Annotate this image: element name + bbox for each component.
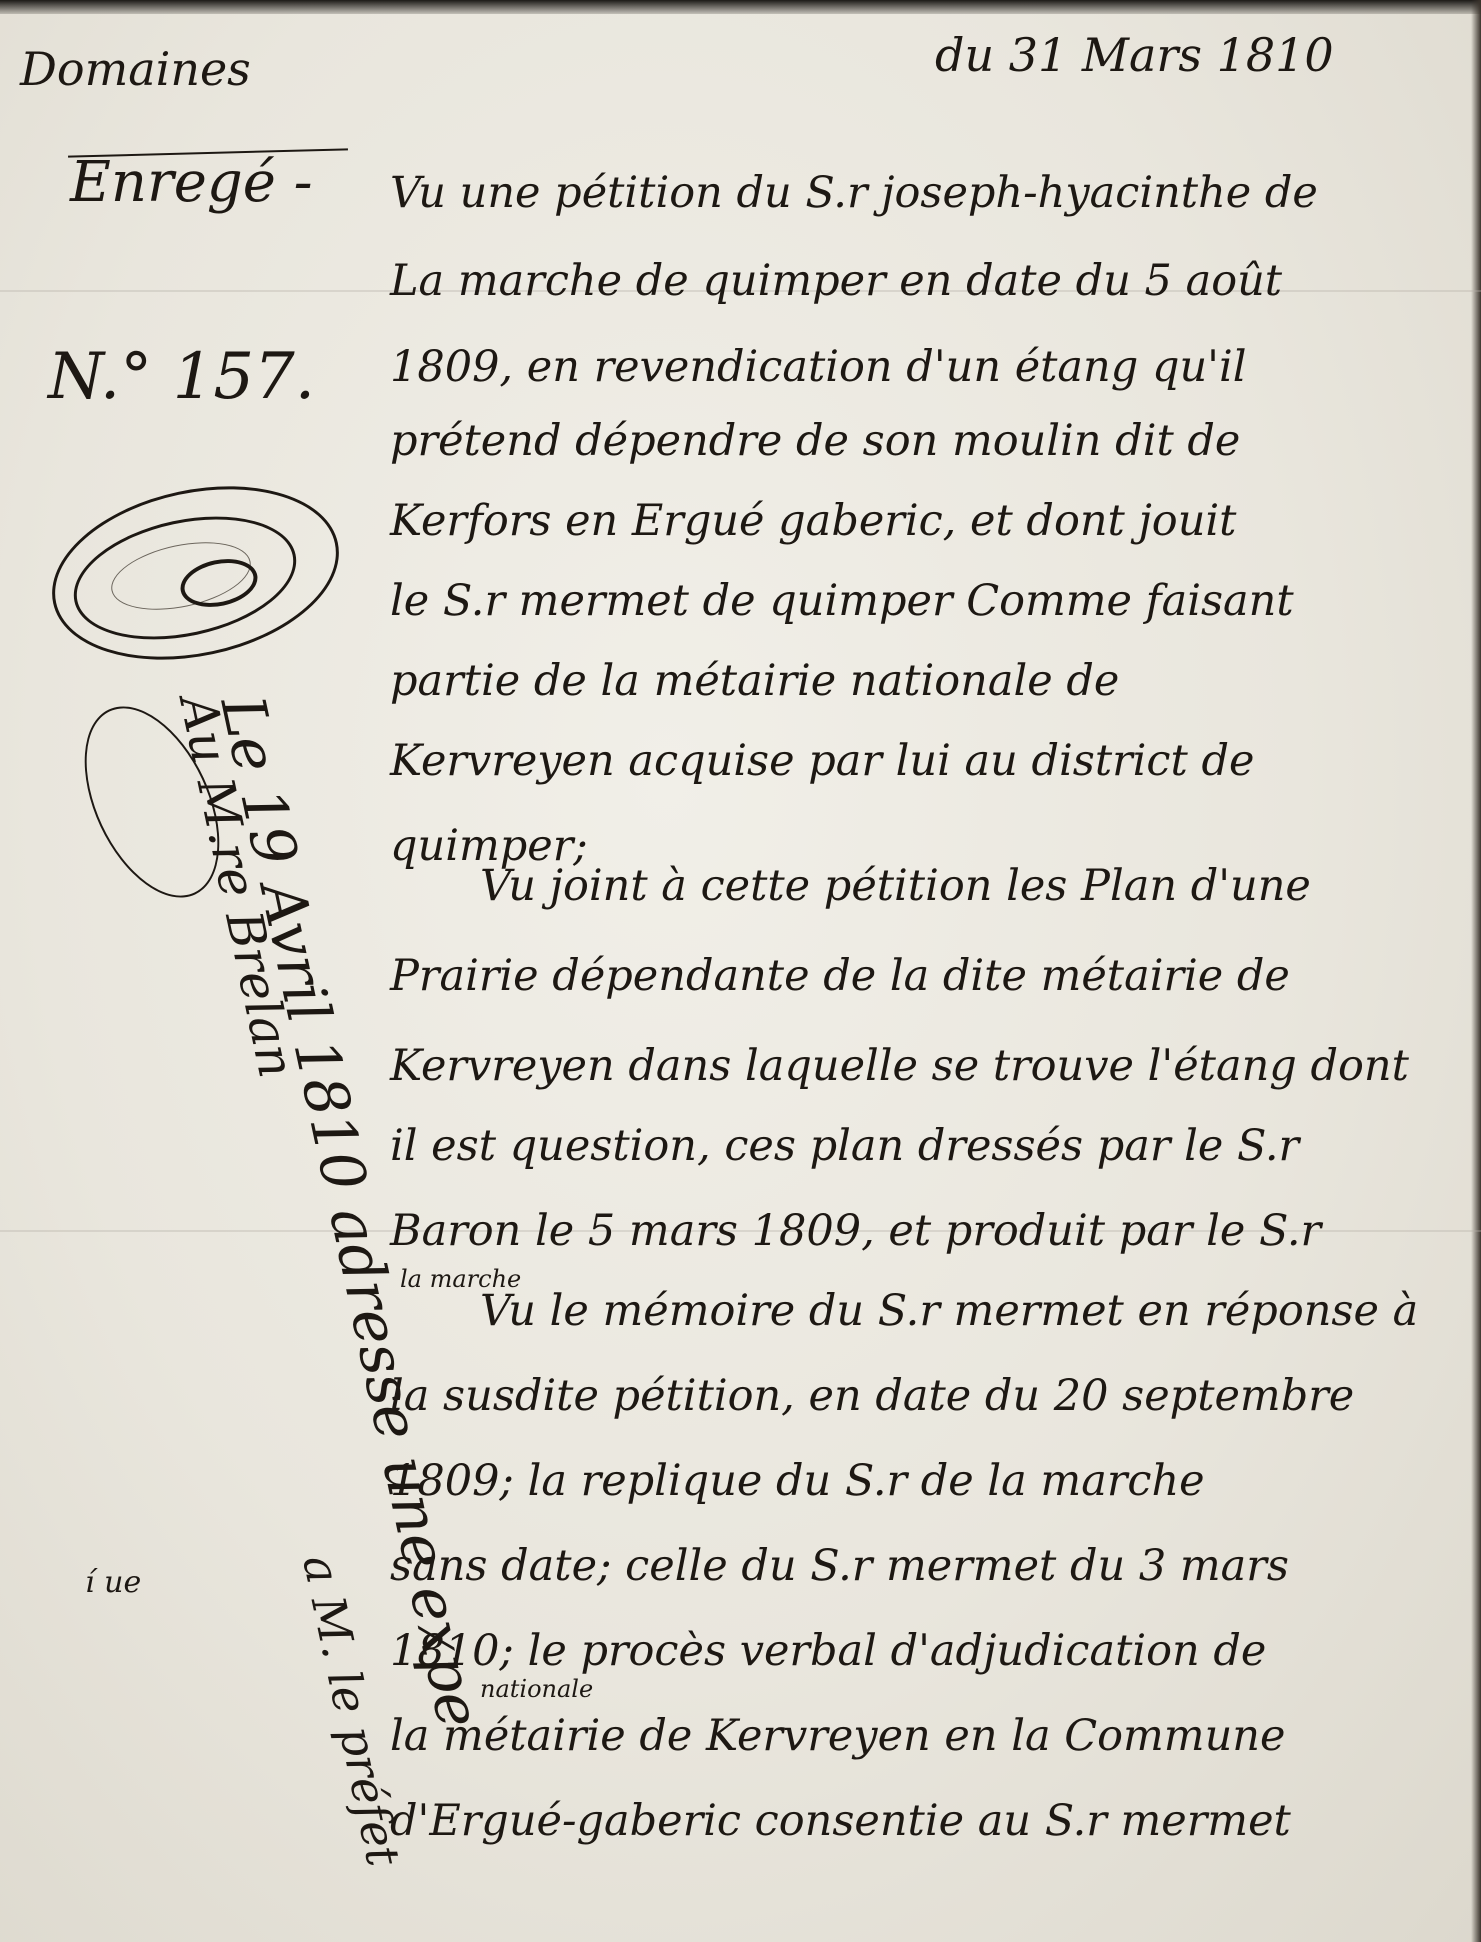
body-line: il est question, ces plan dressés par le… [390, 1125, 1299, 1168]
body-line: le S.r mermet de quimper Comme faisant [390, 580, 1294, 623]
body-line: Baron le 5 mars 1809, et produit par le … [390, 1210, 1321, 1253]
margin-number: N.° 157. [48, 340, 315, 414]
body-line: 1809; la replique du S.r de la marche [390, 1460, 1205, 1503]
body-line: Kervreyen acquise par lui au district de [390, 740, 1254, 783]
manuscript-page: Domaines du 31 Mars 1810 Enregé - N.° 15… [0, 0, 1481, 1942]
header-domaines: Domaines [20, 42, 251, 96]
body-line: Vu le mémoire du S.r mermet en réponse à [480, 1290, 1418, 1333]
body-line: 1809, en revendication d'un étang qu'il [390, 346, 1247, 389]
body-line: prétend dépendre de son moulin dit de [390, 420, 1240, 463]
body-line: la métairie de Kervreyen en la Commune [390, 1715, 1285, 1758]
body-line: d'Ergué-gaberic consentie au S.r mermet [390, 1800, 1291, 1843]
margin-registration: Enregé - [70, 150, 313, 215]
body-line: sans date; celle du S.r mermet du 3 mars [390, 1545, 1289, 1588]
body-line: Kervreyen dans laquelle se trouve l'étan… [390, 1045, 1409, 1088]
body-line: Prairie dépendante de la dite métairie d… [390, 955, 1290, 998]
page-top-edge [0, 0, 1481, 14]
body-line: Vu une pétition du S.r joseph-hyacinthe … [390, 172, 1318, 215]
body-line: 1810; le procès verbal d'adjudication de [390, 1630, 1266, 1673]
body-line: Kerfors en Ergué gaberic, et dont jouit [390, 500, 1236, 543]
body-line: la susdite pétition, en date du 20 septe… [390, 1375, 1354, 1418]
body-line: La marche de quimper en date du 5 août [390, 260, 1282, 303]
struck-text: joint à cette pétition [610, 865, 970, 908]
body-line: partie de la métairie nationale de [390, 660, 1119, 703]
interlinear-insertion: nationale [480, 1675, 593, 1703]
header-date: du 31 Mars 1810 [935, 28, 1334, 82]
stray-ink-mark: í ue [85, 1565, 141, 1600]
